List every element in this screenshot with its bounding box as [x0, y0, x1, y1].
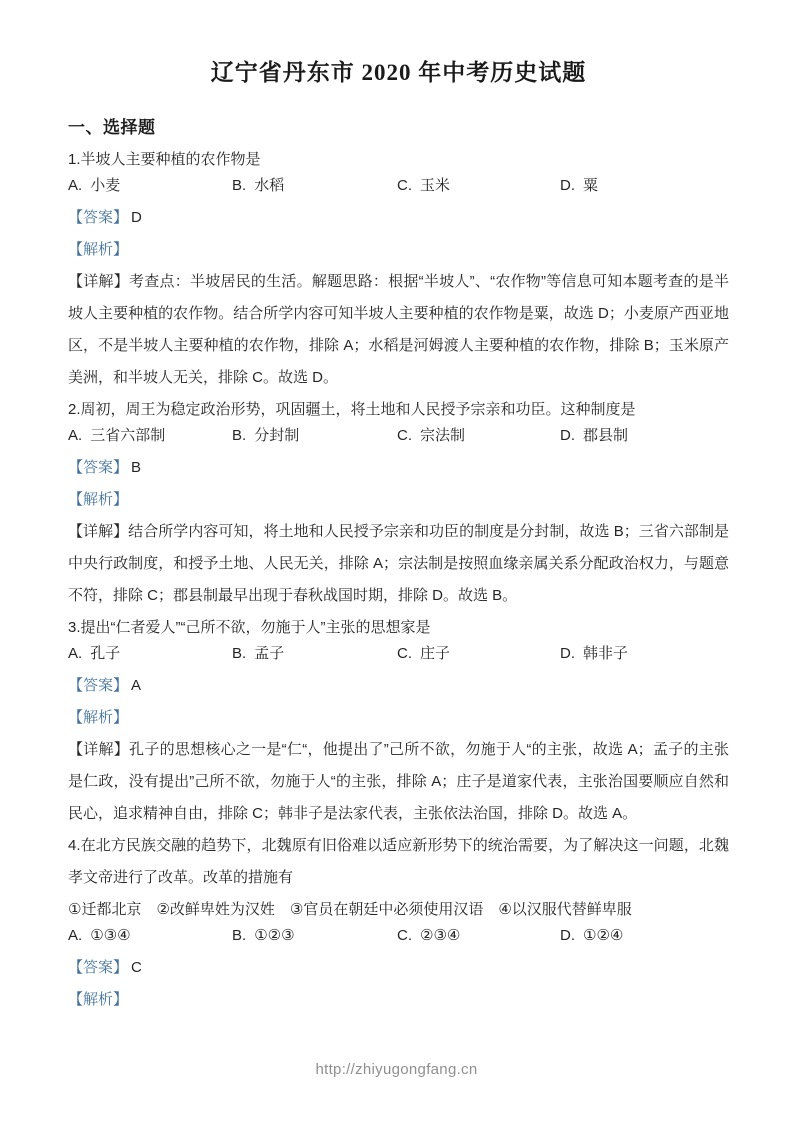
analysis-marker: 【解析】	[68, 991, 128, 1008]
answer-marker: 【答案】	[68, 459, 128, 476]
option-text: 粟	[583, 177, 598, 194]
option-text: ①②③	[254, 927, 294, 944]
watermark-url: http://zhiyugongfang.cn	[0, 1058, 793, 1082]
option-key: D.	[560, 170, 575, 202]
option-key: B.	[232, 638, 246, 670]
option-key: D.	[560, 420, 575, 452]
answer-value: C	[131, 959, 142, 976]
page-title: 辽宁省丹东市 2020 年中考历史试题	[68, 58, 729, 88]
answer-value: A	[131, 677, 141, 694]
option-text: ①③④	[90, 927, 130, 944]
answer-line: 【答案】D	[68, 202, 729, 234]
option-b: B.分封制	[232, 420, 397, 452]
question-block-2: 2.周初，周王为稳定政治形势，巩固疆土，将土地和人民授予宗亲和功臣。这种制度是 …	[68, 394, 729, 612]
option-text: ①②④	[583, 927, 623, 944]
answer-line: 【答案】C	[68, 952, 729, 984]
option-key: A.	[68, 638, 82, 670]
answer-line: 【答案】B	[68, 452, 729, 484]
option-key: A.	[68, 420, 82, 452]
option-d: D.郡县制	[560, 420, 729, 452]
option-key: B.	[232, 170, 246, 202]
option-b: B.①②③	[232, 920, 397, 952]
option-key: D.	[560, 638, 575, 670]
answer-value: B	[131, 459, 141, 476]
analysis-line: 【解析】	[68, 234, 729, 266]
answer-value: D	[131, 209, 142, 226]
answer-marker: 【答案】	[68, 209, 128, 226]
option-a: A.小麦	[68, 170, 232, 202]
exam-document: 辽宁省丹东市 2020 年中考历史试题 一、选择题 1.半坡人主要种植的农作物是…	[0, 58, 793, 1016]
answer-marker: 【答案】	[68, 677, 128, 694]
option-text: 韩非子	[583, 645, 628, 662]
option-key: A.	[68, 170, 82, 202]
analysis-marker: 【解析】	[68, 241, 128, 258]
options-row: A.三省六部制 B.分封制 C.宗法制 D.郡县制	[68, 420, 729, 452]
option-key: C.	[397, 638, 412, 670]
option-text: 水稻	[254, 177, 284, 194]
option-c: C.庄子	[397, 638, 560, 670]
option-key: D.	[560, 920, 575, 952]
question-block-3: 3.提出“仁者爱人”“己所不欲，勿施于人”主张的思想家是 A.孔子 B.孟子 C…	[68, 612, 729, 830]
option-a: A.孔子	[68, 638, 232, 670]
option-d: D.①②④	[560, 920, 729, 952]
option-key: C.	[397, 170, 412, 202]
option-text: 宗法制	[420, 427, 465, 444]
option-key: C.	[397, 920, 412, 952]
options-row: A.孔子 B.孟子 C.庄子 D.韩非子	[68, 638, 729, 670]
section-heading: 一、选择题	[68, 112, 729, 144]
option-text: 孟子	[254, 645, 284, 662]
option-d: D.韩非子	[560, 638, 729, 670]
analysis-line: 【解析】	[68, 984, 729, 1016]
option-text: ②③④	[420, 927, 460, 944]
answer-marker: 【答案】	[68, 959, 128, 976]
option-text: 玉米	[420, 177, 450, 194]
analysis-line: 【解析】	[68, 484, 729, 516]
question-stem: 4.在北方民族交融的趋势下，北魏原有旧俗难以适应新形势下的统治需要，为了解决这一…	[68, 830, 729, 894]
option-b: B.孟子	[232, 638, 397, 670]
option-text: 分封制	[254, 427, 299, 444]
options-row: A.小麦 B.水稻 C.玉米 D.粟	[68, 170, 729, 202]
option-key: A.	[68, 920, 82, 952]
question-block-4: 4.在北方民族交融的趋势下，北魏原有旧俗难以适应新形势下的统治需要，为了解决这一…	[68, 830, 729, 1016]
option-key: C.	[397, 420, 412, 452]
options-row: A.①③④ B.①②③ C.②③④ D.①②④	[68, 920, 729, 952]
detail-paragraph: 【详解】孔子的思想核心之一是“仁“，他提出了”己所不欲，勿施于人“的主张，故选 …	[68, 734, 729, 830]
answer-line: 【答案】A	[68, 670, 729, 702]
question-block-1: 1.半坡人主要种植的农作物是 A.小麦 B.水稻 C.玉米 D.粟 【答案】D …	[68, 144, 729, 394]
option-text: 孔子	[90, 645, 120, 662]
option-a: A.①③④	[68, 920, 232, 952]
option-a: A.三省六部制	[68, 420, 232, 452]
option-key: B.	[232, 920, 246, 952]
option-key: B.	[232, 420, 246, 452]
detail-paragraph: 【详解】结合所学内容可知，将土地和人民授予宗亲和功臣的制度是分封制，故选 B；三…	[68, 516, 729, 612]
analysis-marker: 【解析】	[68, 709, 128, 726]
option-c: C.②③④	[397, 920, 560, 952]
option-text: 郡县制	[583, 427, 628, 444]
option-text: 庄子	[420, 645, 450, 662]
option-text: 三省六部制	[90, 427, 165, 444]
option-b: B.水稻	[232, 170, 397, 202]
option-c: C.宗法制	[397, 420, 560, 452]
option-text: 小麦	[90, 177, 120, 194]
analysis-line: 【解析】	[68, 702, 729, 734]
detail-paragraph: 【详解】考查点：半坡居民的生活。解题思路：根据“半坡人”、“农作物”等信息可知本…	[68, 266, 729, 394]
option-c: C.玉米	[397, 170, 560, 202]
analysis-marker: 【解析】	[68, 491, 128, 508]
option-d: D.粟	[560, 170, 729, 202]
